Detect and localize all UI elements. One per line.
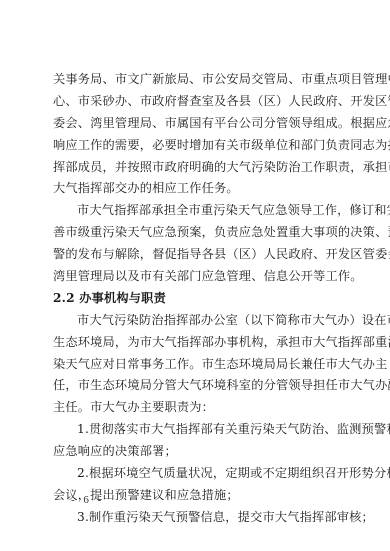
page-number: - 6 -	[71, 494, 104, 506]
text-line: 应急响应的决策部署；	[53, 441, 343, 463]
text-line: 心、市采砂办、市政府督查室及各县（区）人民政府、开发区管	[53, 91, 343, 113]
text-line: 湾里管理局以及市有关部门应急管理、信息公开等工作。	[53, 266, 343, 288]
text-line: 主任。市大气办主要职责为：	[53, 397, 343, 419]
text-line: 挥部成员，并按照市政府明确的大气污染防治工作职责，承担市	[53, 157, 343, 179]
list-item-3: 3.制作重污染天气预警信息，提交市大气指挥部审核；	[53, 507, 343, 529]
text-line: 警的发布与解除，督促指导各县（区）人民政府、开发区管委会、	[53, 244, 343, 266]
text-line: 委会、湾里管理局、市属国有平台公司分管领导组成。根据应急	[53, 113, 343, 135]
text-line: 响应工作的需要，必要时增加有关市级单位和部门负责同志为指	[53, 135, 343, 157]
document-body: 关事务局、市文广新旅局、市公安局交管局、市重点项目管理中 心、市采砂办、市政府督…	[53, 69, 343, 529]
text-line: 生态环境局，为市大气指挥部办事机构，承担市大气指挥部重污	[53, 332, 343, 354]
text-line: 大气指挥部交办的相应工作任务。	[53, 178, 343, 200]
section-heading: 2.2 办事机构与职责	[53, 288, 343, 310]
paragraph-start: 市大气指挥部承担全市重污染天气应急领导工作，修订和完	[53, 200, 343, 222]
text-line: 善市级重污染天气应急预案，负责应急处置重大事项的决策、预	[53, 222, 343, 244]
text-line: 关事务局、市文广新旅局、市公安局交管局、市重点项目管理中	[53, 69, 343, 91]
paragraph-start: 市大气污染防治指挥部办公室（以下简称市大气办）设在市	[53, 310, 343, 332]
text-line: 任，市生态环境局分管大气环境科室的分管领导担任市大气办副	[53, 375, 343, 397]
text-line: 染天气应对日常事务工作。市生态环境局局长兼任市大气办主	[53, 354, 343, 376]
list-item-1: 1.贯彻落实市大气指挥部有关重污染天气防治、监测预警和	[53, 419, 343, 441]
list-item-2: 2.根据环境空气质量状况，定期或不定期组织召开形势分析	[53, 463, 343, 485]
document-page: 关事务局、市文广新旅局、市公安局交管局、市重点项目管理中 心、市采砂办、市政府督…	[0, 0, 390, 551]
